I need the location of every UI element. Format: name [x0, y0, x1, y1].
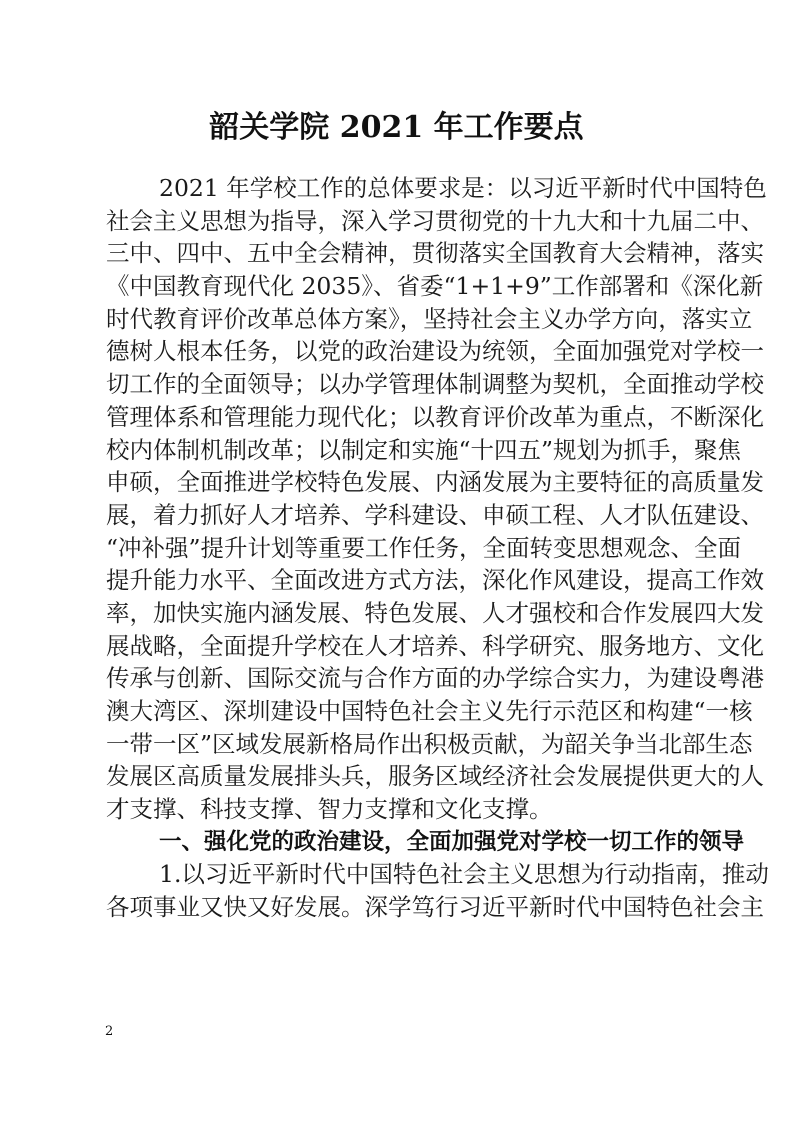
paragraph-line: 率，加快实施内涵发展、特色发展、人才强校和合作发展四大发 [106, 597, 692, 630]
page-number: 2 [105, 1024, 113, 1040]
paragraph-line: 2021 年学校工作的总体要求是：以习近平新时代中国特色 [106, 172, 692, 205]
paragraph-line: 传承与创新、国际交流与合作方面的办学综合实力，为建设粤港 [106, 662, 692, 695]
paragraph-line: 社会主义思想为指导，深入学习贯彻党的十九大和十九届二中、 [106, 205, 692, 238]
paragraph-line: 澳大湾区、深圳建设中国特色社会主义先行示范区和构建“一核 [106, 695, 692, 728]
document-title: 韶关学院 2021 年工作要点 [0, 108, 793, 148]
paragraph-line: 一带一区”区域发展新格局作出积极贡献，为韶关争当北部生态 [106, 728, 692, 761]
paragraph-line: “冲补强”提升计划等重要工作任务，全面转变思想观念、全面 [106, 532, 692, 565]
intro-paragraph: 2021 年学校工作的总体要求是：以习近平新时代中国特色 社会主义思想为指导，深… [106, 172, 692, 826]
paragraph-line: 管理体系和管理能力现代化；以教育评价改革为重点，不断深化 [106, 401, 692, 434]
paragraph-line: 提升能力水平、全面改进方式方法，深化作风建设，提高工作效 [106, 564, 692, 597]
paragraph-line: 《中国教育现代化 2035》、省委“1+1+9”工作部署和《深化新 [106, 270, 692, 303]
item-1-line: 各项事业又快又好发展。深学笃行习近平新时代中国特色社会主 [106, 891, 692, 924]
paragraph-line: 才支撑、科技支撑、智力支撑和文化支撑。 [106, 793, 692, 826]
paragraph-line: 三中、四中、五中全会精神，贯彻落实全国教育大会精神，落实 [106, 237, 692, 270]
paragraph-line: 校内体制机制改革；以制定和实施“十四五”规划为抓手，聚焦 [106, 434, 692, 467]
paragraph-line: 时代教育评价改革总体方案》，坚持社会主义办学方向，落实立 [106, 303, 692, 336]
document-body: 2021 年学校工作的总体要求是：以习近平新时代中国特色 社会主义思想为指导，深… [106, 172, 692, 924]
paragraph-line: 德树人根本任务，以党的政治建设为统领，全面加强党对学校一 [106, 335, 692, 368]
paragraph-line: 展战略，全面提升学校在人才培养、科学研究、服务地方、文化 [106, 630, 692, 663]
paragraph-line: 发展区高质量发展排头兵，服务区域经济社会发展提供更大的人 [106, 760, 692, 793]
section-heading: 一、强化党的政治建设，全面加强党对学校一切工作的领导 [106, 826, 692, 859]
paragraph-line: 切工作的全面领导；以办学管理体制调整为契机，全面推动学校 [106, 368, 692, 401]
paragraph-line: 申硕，全面推进学校特色发展、内涵发展为主要特征的高质量发 [106, 466, 692, 499]
section-1: 一、强化党的政治建设，全面加强党对学校一切工作的领导 1.以习近平新时代中国特色… [106, 826, 692, 924]
document-page: 韶关学院 2021 年工作要点 2021 年学校工作的总体要求是：以习近平新时代… [0, 0, 793, 1122]
paragraph-line: 展，着力抓好人才培养、学科建设、申硕工程、人才队伍建设、 [106, 499, 692, 532]
item-1-line: 1.以习近平新时代中国特色社会主义思想为行动指南，推动 [106, 858, 692, 891]
